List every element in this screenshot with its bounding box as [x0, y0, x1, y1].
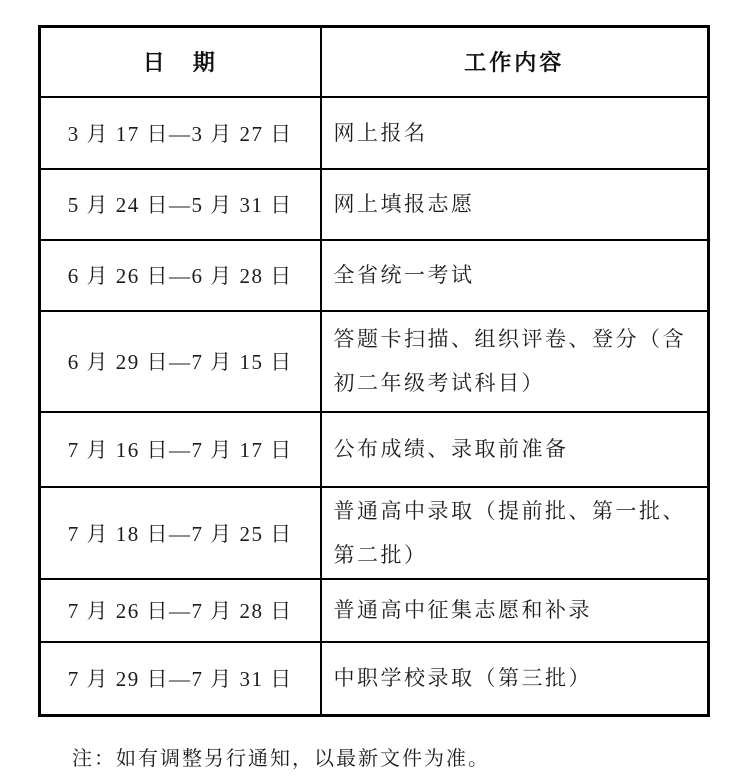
date-cell: 7 月 29 日—7 月 31 日 [40, 642, 321, 716]
table-row: 7 月 29 日—7 月 31 日 中职学校录取（第三批） [40, 642, 709, 716]
document-page: 日 期 工作内容 3 月 17 日—3 月 27 日 网上报名 5 月 24 日… [0, 0, 736, 784]
table-row: 7 月 18 日—7 月 25 日 普通高中录取（提前批、第一批、第二批） [40, 487, 709, 579]
table-row: 7 月 26 日—7 月 28 日 普通高中征集志愿和补录 [40, 579, 709, 642]
content-cell: 中职学校录取（第三批） [321, 642, 709, 716]
content-cell: 全省统一考试 [321, 240, 709, 311]
footnote: 注：如有调整另行通知，以最新文件为准。 [72, 744, 490, 774]
table-row: 6 月 26 日—6 月 28 日 全省统一考试 [40, 240, 709, 311]
date-cell: 5 月 24 日—5 月 31 日 [40, 169, 321, 240]
table-row: 3 月 17 日—3 月 27 日 网上报名 [40, 97, 709, 169]
date-cell: 7 月 16 日—7 月 17 日 [40, 412, 321, 487]
table-row: 5 月 24 日—5 月 31 日 网上填报志愿 [40, 169, 709, 240]
schedule-table: 日 期 工作内容 3 月 17 日—3 月 27 日 网上报名 5 月 24 日… [38, 25, 710, 717]
content-cell: 答题卡扫描、组织评卷、登分（含初二年级考试科目） [321, 311, 709, 412]
date-cell: 6 月 29 日—7 月 15 日 [40, 311, 321, 412]
content-cell: 网上填报志愿 [321, 169, 709, 240]
table-header-row: 日 期 工作内容 [40, 27, 709, 97]
header-date-column: 日 期 [40, 27, 321, 97]
content-cell: 普通高中征集志愿和补录 [321, 579, 709, 642]
header-content-column: 工作内容 [321, 27, 709, 97]
content-cell: 网上报名 [321, 97, 709, 169]
content-cell: 公布成绩、录取前准备 [321, 412, 709, 487]
table-row: 7 月 16 日—7 月 17 日 公布成绩、录取前准备 [40, 412, 709, 487]
date-cell: 6 月 26 日—6 月 28 日 [40, 240, 321, 311]
table-row: 6 月 29 日—7 月 15 日 答题卡扫描、组织评卷、登分（含初二年级考试科… [40, 311, 709, 412]
date-cell: 7 月 26 日—7 月 28 日 [40, 579, 321, 642]
date-cell: 7 月 18 日—7 月 25 日 [40, 487, 321, 579]
content-cell: 普通高中录取（提前批、第一批、第二批） [321, 487, 709, 579]
date-cell: 3 月 17 日—3 月 27 日 [40, 97, 321, 169]
